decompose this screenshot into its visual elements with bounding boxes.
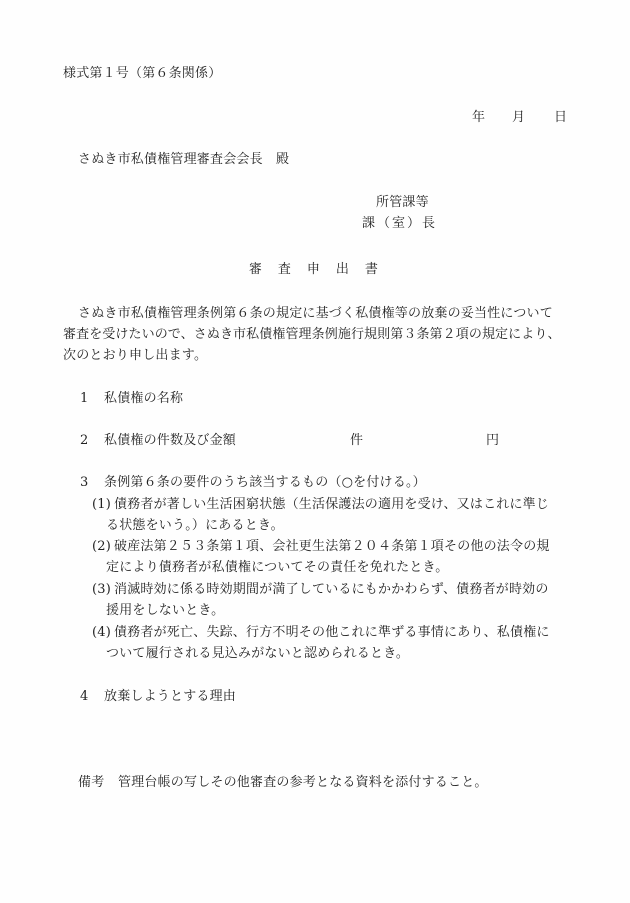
- sender-dept: 所管課等: [376, 195, 429, 211]
- title-char: 申: [299, 262, 328, 278]
- condition-4-cont: ついて履行される見込みがないと認められるとき。: [106, 646, 409, 662]
- intro-line-3: 次のとおり申し出ます。: [63, 348, 207, 364]
- title-char: 出: [328, 262, 357, 278]
- item-3: 3条例第６条の要件のうち該当するもの（○を付ける。）: [80, 475, 426, 491]
- condition-text: 破産法第２５３条第１項、会社更生法第２０４条第１項その他の法令の規: [114, 539, 550, 554]
- item-label: 私債権の件数及び金額: [104, 433, 236, 448]
- condition-3-cont: 援用をしないとき。: [106, 603, 224, 619]
- document-page: 様式第１号（第６条関係） 年 月 日 さぬき市私債権管理審査会会長 殿 所管課等…: [0, 0, 630, 903]
- form-label: 様式第１号（第６条関係）: [63, 66, 221, 82]
- condition-number: (2): [92, 539, 114, 555]
- condition-number: (1): [92, 497, 114, 513]
- item-2: 2私債権の件数及び金額: [80, 433, 236, 449]
- condition-2-cont: 定により債務者が私債権についてその責任を免れたとき。: [106, 560, 448, 576]
- title-char: 査: [270, 262, 299, 278]
- intro-line-1: さぬき市私債権管理条例第６条の規定に基づく私債権等の放棄の妥当性について: [78, 306, 553, 322]
- item-label: 放棄しようとする理由: [104, 689, 236, 704]
- addressee: さぬき市私債権管理審査会会長 殿: [78, 152, 289, 168]
- date-month-label: 月: [512, 110, 525, 126]
- count-unit-label: 件: [350, 433, 363, 449]
- document-title: 審査申出書: [241, 262, 386, 278]
- item-1: 1私債権の名称: [80, 391, 183, 407]
- item-number: 1: [80, 391, 104, 407]
- title-char: 審: [241, 262, 270, 278]
- sender-title: 課（室）長: [362, 216, 437, 232]
- condition-text: 消滅時効に係る時効期間が満了しているにもかかわらず、債務者が時効の: [114, 582, 549, 597]
- date-line: 年 月 日: [0, 110, 630, 126]
- condition-text: 債務者が死亡、失踪、行方不明その他これに準ずる事情にあり、私債権に: [114, 625, 550, 640]
- condition-4: (4)債務者が死亡、失踪、行方不明その他これに準ずる事情にあり、私債権に: [92, 625, 550, 641]
- item-number: 3: [80, 475, 104, 491]
- remarks: 備考管理台帳の写しその他審査の参考となる資料を添付すること。: [78, 775, 488, 791]
- title-char: 書: [357, 262, 386, 278]
- remarks-label: 備考: [78, 775, 118, 791]
- condition-3: (3)消滅時効に係る時効期間が満了しているにもかかわらず、債務者が時効の: [92, 582, 549, 598]
- condition-number: (3): [92, 582, 114, 598]
- intro-line-2: 審査を受けたいので、さぬき市私債権管理条例施行規則第３条第２項の規定により、: [63, 327, 561, 343]
- amount-unit-label: 円: [486, 433, 499, 449]
- condition-1: (1)債務者が著しい生活困窮状態（生活保護法の適用を受け、又はこれに準じ: [92, 497, 549, 513]
- item-number: 2: [80, 433, 104, 449]
- item-label: 条例第６条の要件のうち該当するもの（○を付ける。）: [104, 475, 426, 490]
- date-year-label: 年: [472, 110, 485, 126]
- item-label: 私債権の名称: [104, 391, 183, 406]
- condition-number: (4): [92, 625, 114, 641]
- date-day-label: 日: [554, 110, 567, 126]
- condition-text: 債務者が著しい生活困窮状態（生活保護法の適用を受け、又はこれに準じ: [114, 497, 549, 512]
- remarks-text: 管理台帳の写しその他審査の参考となる資料を添付すること。: [118, 775, 488, 790]
- condition-1-cont: る状態をいう。）にあるとき。: [106, 518, 284, 534]
- item-4: 4放棄しようとする理由: [80, 689, 236, 705]
- item-number: 4: [80, 689, 104, 705]
- condition-2: (2)破産法第２５３条第１項、会社更生法第２０４条第１項その他の法令の規: [92, 539, 550, 555]
